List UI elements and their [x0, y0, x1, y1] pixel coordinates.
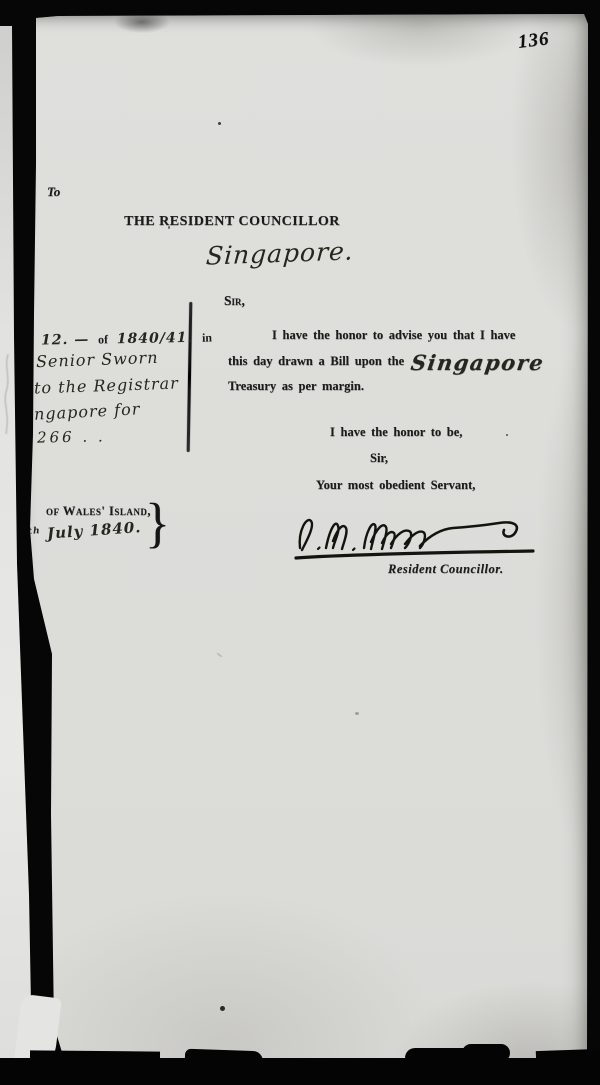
scratch-mark	[216, 652, 223, 658]
margin-note-line-2: Senior Sworn	[36, 348, 159, 371]
margin-note-line-4: ngapore for	[34, 399, 141, 424]
previous-page-edge	[0, 26, 34, 1060]
scanned-letter-page: 136 To THE RESIDENT COUNCILLOR Singapore…	[0, 0, 600, 1085]
ink-speck	[355, 712, 359, 715]
folio-number: 136	[517, 28, 551, 54]
margin-printed-in: in	[202, 331, 212, 345]
margin-bill-number: 12. —	[41, 332, 90, 349]
closing-line-1: I have the honor to be,	[330, 425, 462, 440]
ink-speck	[220, 1006, 225, 1011]
signature-title: Resident Councillor.	[388, 562, 504, 577]
date-handwriting: th July 1840.	[28, 518, 143, 544]
body-line-1: I have the honor to advise you that I ha…	[272, 328, 515, 343]
margin-printed-of: of	[98, 332, 108, 346]
margin-year: 1840/41.	[117, 330, 194, 347]
body-line-3: Treasury as per margin.	[228, 379, 364, 394]
margin-note-line-5: 266 . .	[37, 427, 106, 446]
closing-line-3: Your most obedient Servant,	[316, 478, 475, 493]
salutation: Sir,	[224, 293, 245, 309]
paper-sheet: 136 To THE RESIDENT COUNCILLOR Singapore…	[28, 14, 588, 1074]
margin-divider-rule	[187, 302, 192, 452]
ink-speck	[168, 226, 170, 229]
signature-script	[290, 502, 544, 566]
ink-speck	[506, 434, 508, 436]
body-line-2: this day drawn a Bill upon theSingapore	[228, 350, 545, 375]
body-line-2-printed: this day drawn a Bill upon the	[228, 354, 404, 368]
date-main: July 1840.	[46, 518, 142, 543]
brace-glyph: }	[145, 497, 170, 552]
to-label: To	[47, 184, 60, 200]
scan-bottom-band	[0, 1058, 600, 1085]
addressee-title: THE RESIDENT COUNCILLOR	[118, 214, 346, 230]
addressee-place-handwriting: Singapore.	[205, 236, 355, 270]
margin-note-line-1: 12. — of 1840/41. in	[41, 327, 215, 348]
date-superscript: th	[28, 526, 41, 537]
closing-line-2: Sir,	[370, 451, 388, 466]
margin-note-line-3: to the Registrar	[34, 373, 179, 397]
place-printed-line: of Wales' Island,	[46, 504, 151, 519]
body-line-2-handwriting: Singapore	[409, 350, 546, 375]
ghost-writing-on-page-edge	[1, 352, 15, 436]
ink-speck	[218, 122, 221, 125]
